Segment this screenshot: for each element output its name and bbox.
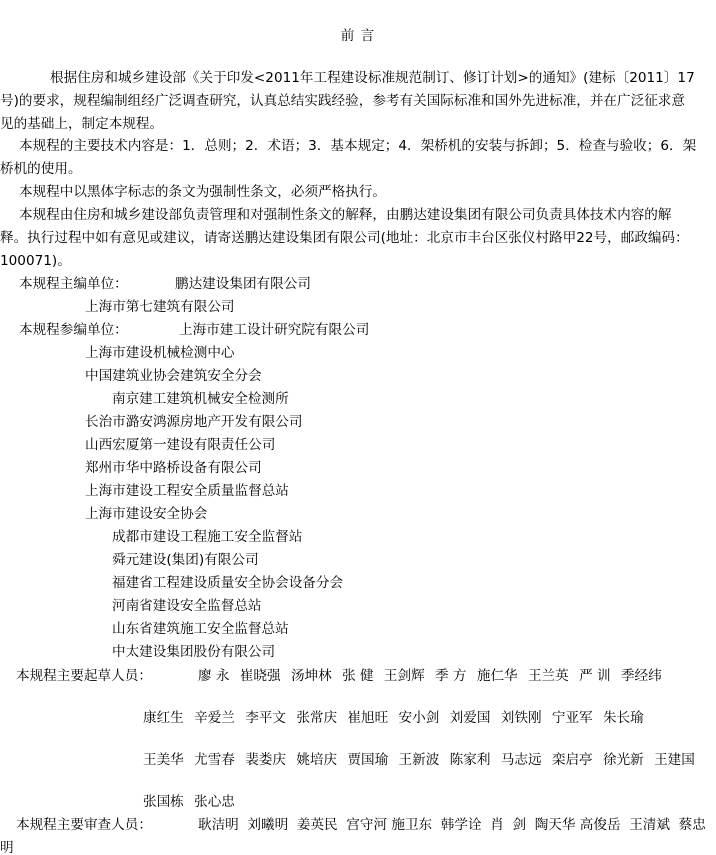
person-name: 汤坤林 [291,668,332,684]
person-name: 宁亚军 [552,710,593,726]
paragraph-line: 释。执行过程中如有意见或建议，请寄送鹏达建设集团有限公司(地址：北京市丰台区张仪… [0,227,689,250]
paragraph-line: 根据住房和城乡建设部《关于印发<2011年工程建设标准规范制订、修订计划>的通知… [50,67,695,90]
paragraph-line: 见的基础上，制定本规程。 [0,113,163,136]
participating-unit-item: 长治市潞安鸿源房地产开发有限公司 [85,411,303,434]
person-name: 尤雪春 [194,752,235,768]
person-name: 崔旭旺 [347,710,388,726]
person-name: 刘爱国 [450,710,491,726]
chief-units-label: 本规程主编单位： [19,273,128,296]
participating-unit-item: 河南省建设安全监督总站 [112,595,262,618]
participating-unit-item: 上海市建设工程安全质量监督总站 [85,480,289,503]
participating-unit-item: 中太建设集团股份有限公司 [112,641,275,664]
person-name: 王剑辉 [384,668,425,684]
paragraph-line: 100071)。 [0,250,71,273]
reviewers-names-wrap: 明 [0,837,14,855]
person-name: 王建国 [654,752,695,768]
paragraph-line: 本规程中以黑体字标志的条文为强制性条文，必须严格执行。 [19,181,386,204]
person-name: 廖 永 [198,668,230,684]
person-name: 姚培庆 [296,752,337,768]
person-name: 张心忠 [194,794,235,810]
participating-unit-item: 上海市建工设计研究院有限公司 [179,319,369,342]
person-name: 安小剑 [399,710,440,726]
person-name: 马志远 [501,752,542,768]
drafters-row: 张国栋 张心忠 [143,791,241,814]
chief-unit-item: 上海市第七建筑有限公司 [85,296,235,319]
person-name: 陈家利 [450,752,491,768]
reviewers-label: 本规程主要审查人员： [16,814,152,837]
person-name: 张常庆 [296,710,337,726]
drafters-row: 王美华 尤雪春 裴娄庆 姚培庆 贾国瑜 王新波 陈家利 马志远 栾启亭 徐光新 … [143,749,701,772]
person-name: 栾启亭 [552,752,593,768]
person-name: 季 方 [435,668,467,684]
person-name: 康红生 [143,710,184,726]
page-title: 前 言 [0,25,716,48]
person-name: 崔晓强 [240,668,281,684]
participating-unit-item: 南京建工建筑机械安全检测所 [112,388,289,411]
person-name: 严 训 [579,668,611,684]
participating-unit-item: 郑州市华中路桥设备有限公司 [85,457,262,480]
paragraph-line: 号)的要求，规程编制组经广泛调查研究，认真总结实践经验，参考有关国际标准和国外先… [0,90,685,113]
drafters-row: 康红生 辛爱兰 李平文 张常庆 崔旭旺 安小剑 刘爱国 刘铁刚 宁亚军 朱长瑜 [143,707,650,730]
person-name: 张 健 [342,668,374,684]
participating-unit-item: 福建省工程建设质量安全协会设备分会 [112,572,343,595]
person-name: 刘铁刚 [501,710,542,726]
person-name: 张国栋 [143,794,184,810]
drafters-label: 本规程主要起草人员： [16,665,152,688]
person-name: 王新波 [399,752,440,768]
chief-unit-item: 鹏达建设集团有限公司 [175,273,311,296]
participating-unit-item: 山西宏厦第一建设有限责任公司 [85,434,275,457]
participating-unit-item: 成都市建设工程施工安全监督站 [112,526,302,549]
person-name: 施仁华 [477,668,518,684]
person-name: 季经纬 [621,668,662,684]
person-name: 裴娄庆 [245,752,286,768]
participating-unit-item: 舜元建设(集团)有限公司 [112,549,259,572]
person-name: 李平文 [245,710,286,726]
person-name: 朱长瑜 [603,710,644,726]
person-name: 王美华 [143,752,184,768]
participating-unit-item: 上海市建设安全协会 [85,503,207,526]
reviewers-names: 耿洁明 刘曦明 姜英民 宫守河 施卫东 韩学诠 肖 剑 陶天华 高俊岳 王清斌 … [198,814,706,837]
participating-unit-item: 上海市建设机械检测中心 [85,342,235,365]
participating-unit-item: 中国建筑业协会建筑安全分会 [85,365,262,388]
paragraph-line: 本规程由住房和城乡建设部负责管理和对强制性条文的解释，由鹏达建设集团有限公司负责… [19,204,672,227]
paragraph-line: 本规程的主要技术内容是：1．总则；2．术语；3．基本规定；4．架桥机的安装与拆卸… [19,135,696,158]
participating-units-label: 本规程参编单位： [19,319,128,342]
participating-unit-item: 山东省建筑施工安全监督总站 [112,618,289,641]
person-name: 徐光新 [603,752,644,768]
person-name: 贾国瑜 [347,752,388,768]
person-name: 王兰英 [528,668,569,684]
paragraph-line: 桥机的使用。 [0,158,82,181]
person-name: 辛爱兰 [194,710,235,726]
drafters-row: 廖 永 崔晓强 汤坤林 张 健 王剑辉 季 方 施仁华 王兰英 严 训 季经纬 [198,665,668,688]
